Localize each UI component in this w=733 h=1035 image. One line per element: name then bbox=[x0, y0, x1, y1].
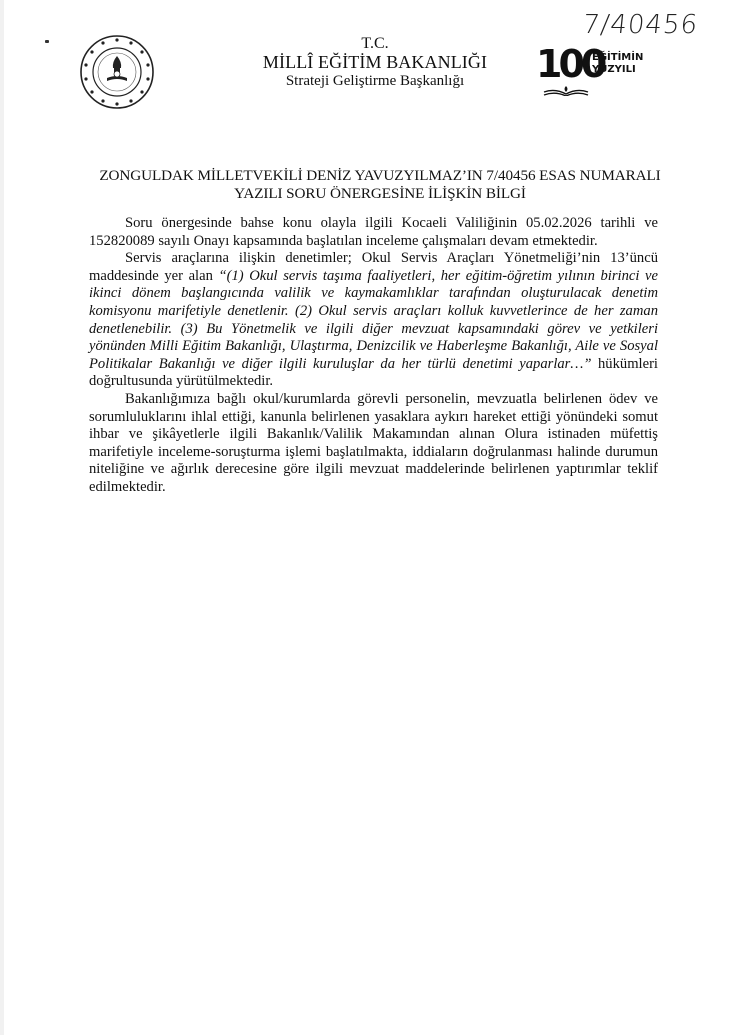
handwritten-reference: 7/40456 bbox=[581, 10, 699, 40]
title-line-1: ZONGULDAK MİLLETVEKİLİ DENİZ YAVUZYILMAZ… bbox=[82, 167, 678, 185]
header-tc: T.C. bbox=[250, 34, 500, 53]
header-department: Strateji Geliştirme Başkanlığı bbox=[250, 72, 500, 91]
ministry-seal-icon bbox=[79, 34, 155, 110]
paragraph-1: Soru önergesinde bahse konu olayla ilgil… bbox=[89, 215, 658, 250]
education-century-logo: 100 EĞİTİMİN YÜZYILI bbox=[536, 48, 666, 96]
scan-mark bbox=[45, 40, 49, 43]
title-line-2: YAZILI SORU ÖNERGESİNE İLİŞKİN BİLGİ bbox=[82, 185, 678, 203]
paragraph-3: Bakanlığımıza bağlı okul/kurumlarda göre… bbox=[89, 391, 658, 497]
header-ministry: MİLLÎ EĞİTİM BAKANLIĞI bbox=[250, 53, 500, 72]
document-body: Soru önergesinde bahse konu olayla ilgil… bbox=[89, 215, 658, 497]
document-title: ZONGULDAK MİLLETVEKİLİ DENİZ YAVUZYILMAZ… bbox=[82, 167, 678, 202]
letterhead: T.C. MİLLÎ EĞİTİM BAKANLIĞI Strateji Gel… bbox=[250, 34, 500, 91]
paragraph-2: Servis araçlarına ilişkin denetimler; Ok… bbox=[89, 250, 658, 391]
page-edge bbox=[0, 0, 4, 1035]
open-book-icon bbox=[542, 86, 590, 96]
logo-text: EĞİTİMİN YÜZYILI bbox=[592, 52, 643, 76]
logo-line-1: EĞİTİMİN bbox=[592, 52, 643, 64]
logo-line-2: YÜZYILI bbox=[592, 64, 643, 76]
